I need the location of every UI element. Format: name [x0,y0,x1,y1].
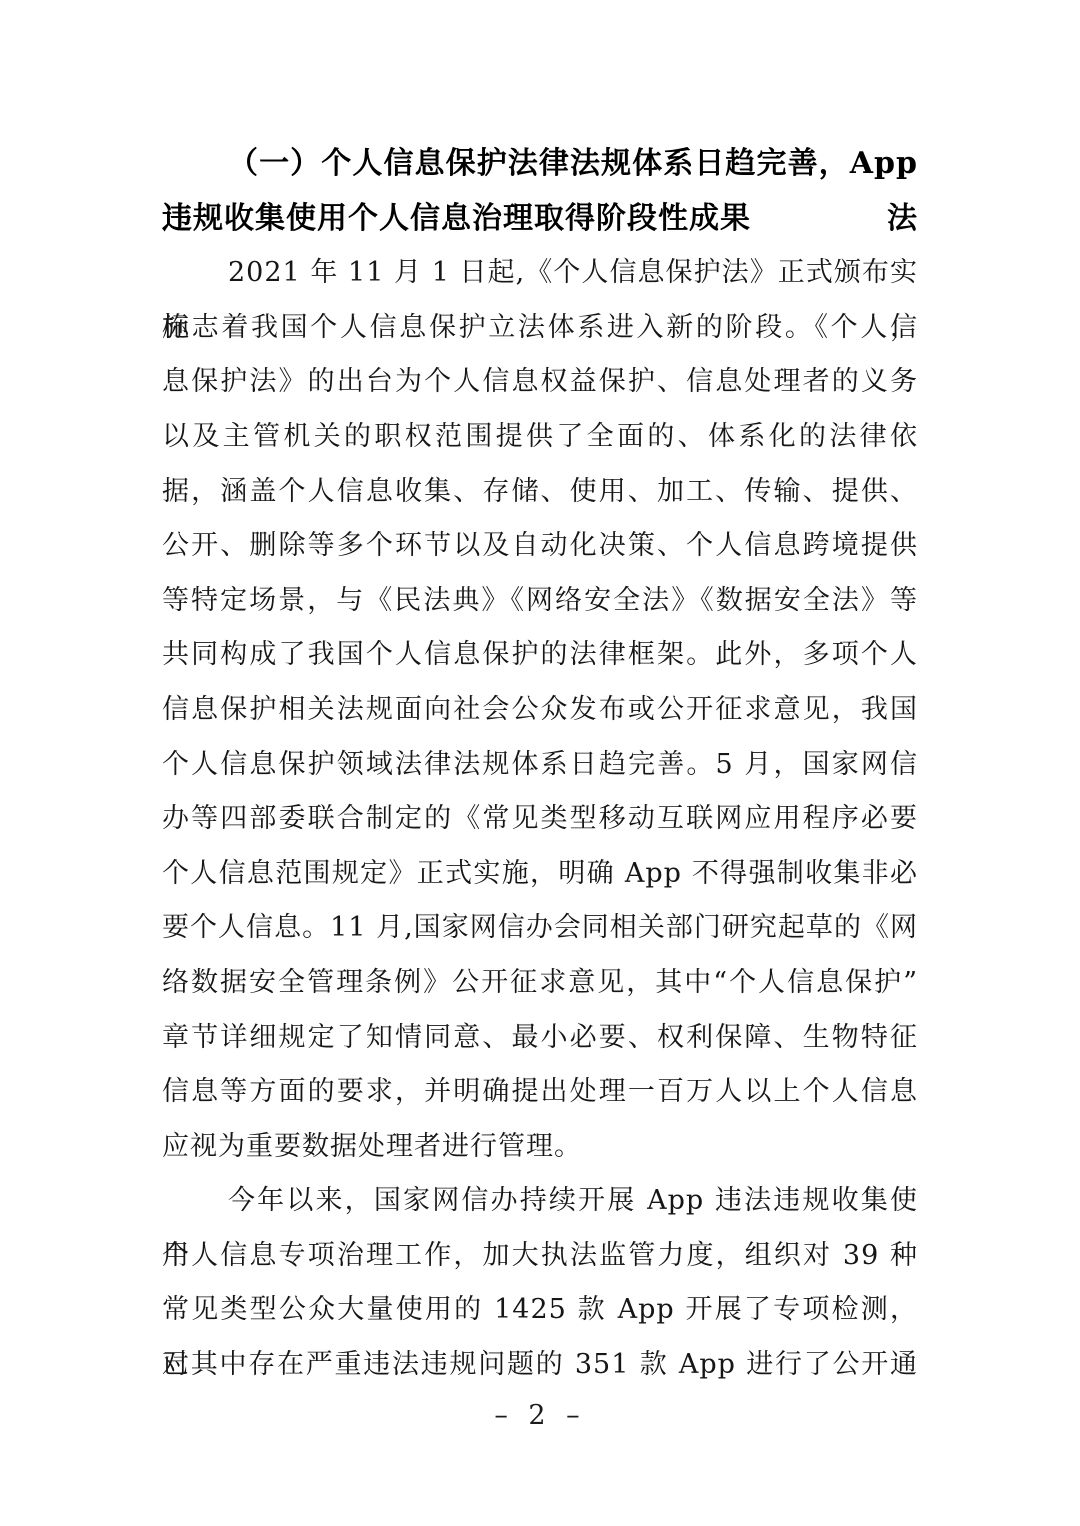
body-text-line: 个人信息保护领域法律法规体系日趋完善。5 月，国家网信 [162,738,918,793]
body-text-line: 办等四部委联合制定的《常见类型移动互联网应用程序必要 [162,792,918,847]
body-text-line: 等特定场景，与《民法典》《网络安全法》《数据安全法》等 [162,574,918,629]
body-text-line: 要个人信息。11 月,国家网信办会同相关部门研究起草的《网 [162,901,918,956]
body-text-line: 2021 年 11 月 1 日起,《个人信息保护法》正式颁布实施， [162,246,918,301]
body-text-line: 公开、删除等多个环节以及自动化决策、个人信息跨境提供 [162,519,918,574]
body-text-line: 信息等方面的要求，并明确提出处理一百万人以上个人信息 [162,1065,918,1120]
body-text-line: 信息保护相关法规面向社会公众发布或公开征求意见，我国 [162,683,918,738]
body-text-line: 应视为重要数据处理者进行管理。 [162,1120,918,1175]
page-number: – 2 – [0,1400,1080,1431]
body-text-line: 个人信息范围规定》正式实施，明确 App 不得强制收集非必 [162,847,918,902]
body-text-line: 今年以来，国家网信办持续开展 App 违法违规收集使用 [162,1174,918,1229]
body-text-line: 息保护法》的出台为个人信息权益保护、信息处理者的义务 [162,355,918,410]
body-text-line: 共同构成了我国个人信息保护的法律框架。此外，多项个人 [162,628,918,683]
body-text-line: 对其中存在严重违法违规问题的 351 款 App 进行了公开通 [162,1338,918,1393]
body-text-line: 章节详细规定了知情同意、最小必要、权利保障、生物特征 [162,1011,918,1066]
section-heading-line: （一）个人信息保护法律法规体系日趋完善，App 违法 [162,137,918,192]
document-text-block: （一）个人信息保护法律法规体系日趋完善，App 违法 违规收集使用个人信息治理取… [162,137,918,1393]
body-text-line: 常见类型公众大量使用的 1425 款 App 开展了专项检测，已 [162,1283,918,1338]
body-text-line: 以及主管机关的职权范围提供了全面的、体系化的法律依 [162,410,918,465]
document-page: （一）个人信息保护法律法规体系日趋完善，App 违法 违规收集使用个人信息治理取… [0,0,1080,1526]
body-text-line: 标志着我国个人信息保护立法体系进入新的阶段。《个人信 [162,301,918,356]
body-text-line: 据，涵盖个人信息收集、存储、使用、加工、传输、提供、 [162,465,918,520]
body-text-line: 个人信息专项治理工作，加大执法监管力度，组织对 39 种 [162,1229,918,1284]
body-text-line: 络数据安全管理条例》公开征求意见，其中“个人信息保护” [162,956,918,1011]
